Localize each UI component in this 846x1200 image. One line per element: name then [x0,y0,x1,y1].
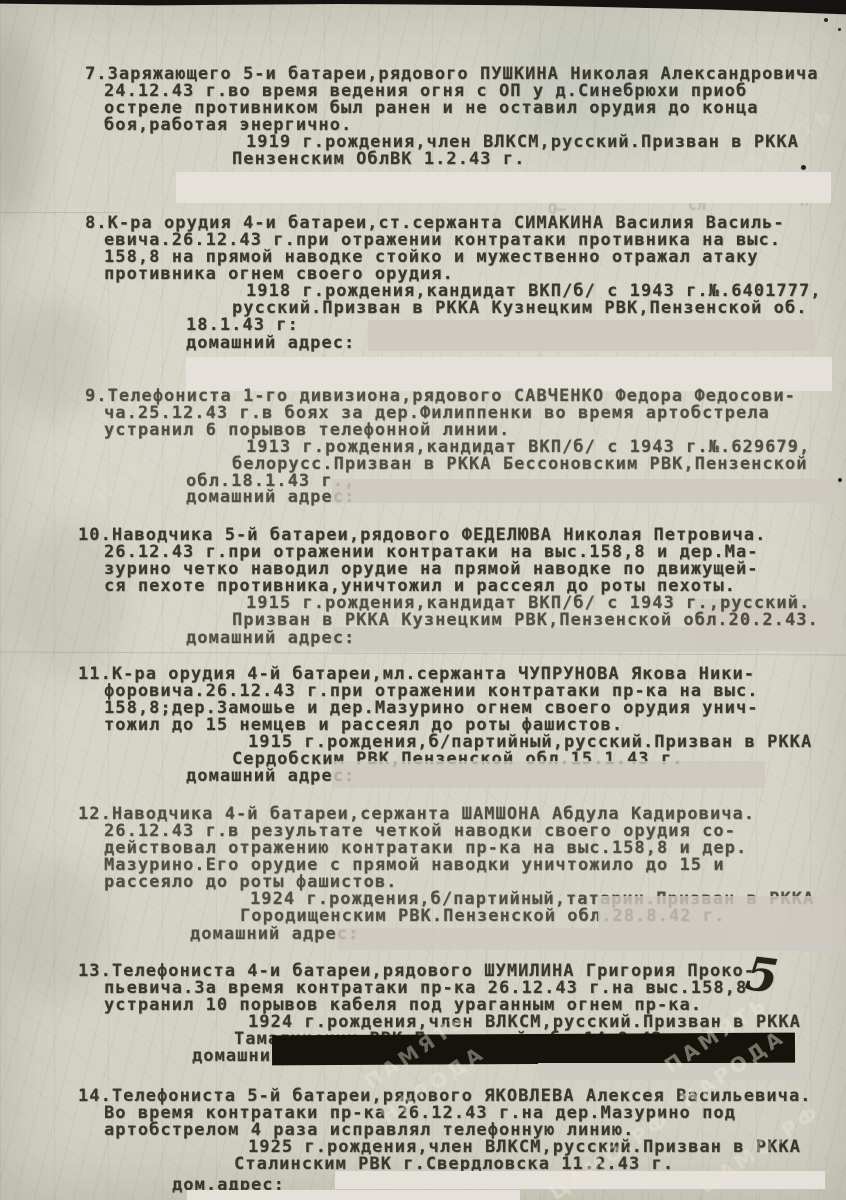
paper-crease [0,652,846,656]
redaction-bar [332,627,742,652]
scanned-document-page: НАРОДА ПАМЯТЬ ЦАМО.РФ НАРОДА 7.Заряжающе… [0,0,846,1200]
redaction-bar [332,479,838,503]
ink-speck [824,18,828,22]
entry-12-line: домашний адрес: [190,926,359,943]
scan-border-top [0,0,846,18]
entry-9-line: домашний адрес: [186,489,355,506]
entry-8-line: 18.1.43 г: [186,317,299,334]
ink-speck [838,478,842,482]
redaction-bar [337,928,728,950]
ink-speck [838,28,841,31]
ink-speck [801,165,806,170]
entry-7-line: Пензенским ОблВК 1.2.43 г. [232,151,525,168]
redaction-bar [176,172,831,203]
entry-10-line: Призван в РККА Кузнецким РВК,Пензенской … [232,612,819,629]
paper-stain [0,30,42,220]
entry-8-line: домашний адрес: [186,335,355,352]
entry-8-line: русский.Призван в РККА Кузнецким РВК,Пен… [232,300,808,317]
redaction-bar [368,320,815,351]
redaction-bar [187,1190,520,1200]
entry-10-line: домашний адрес: [186,630,355,647]
redaction-bar [332,761,765,788]
entry-11-line: домашний адрес: [186,768,355,785]
